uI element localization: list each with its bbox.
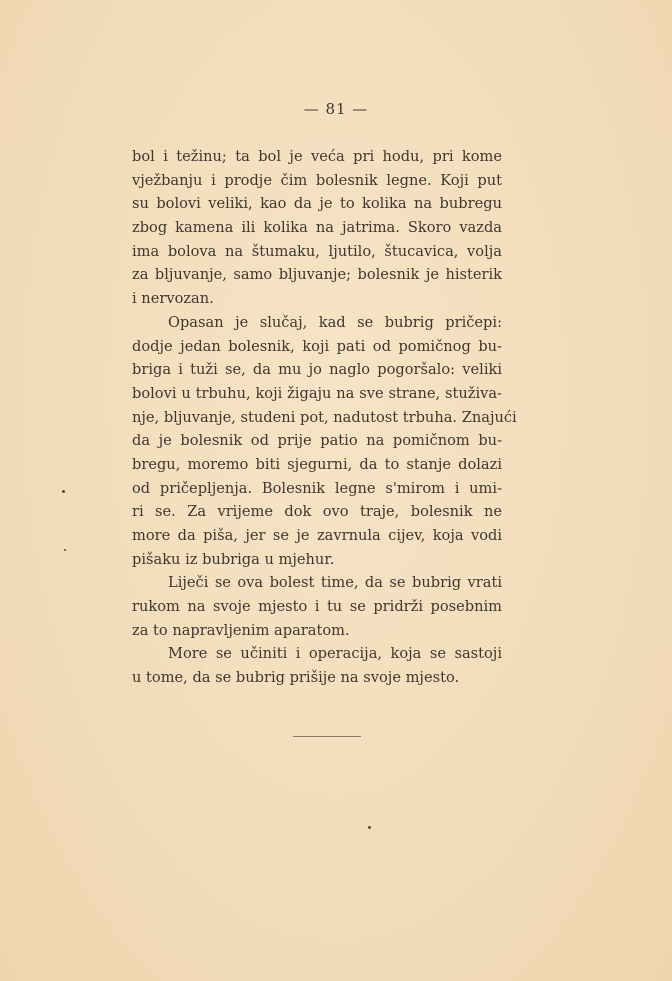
text-line: bol i težinu; ta bol je veća pri hodu, p… [132,145,502,169]
text-line: dodje jedan bolesnik, koji pati od pomič… [132,335,502,359]
text-line: nje, bljuvanje, studeni pot, nadutost tr… [132,406,502,430]
section-divider [293,736,361,737]
text-line: vježbanju i prodje čim bolesnik legne. K… [132,169,502,193]
paper-speck [368,826,371,829]
text-line: More se učiniti i operacija, koja se sas… [132,642,502,666]
text-line: za to napravljenim aparatom. [132,619,502,643]
text-line: briga i tuži se, da mu jo naglo pogoršal… [132,358,502,382]
text-line: ima bolova na štumaku, ljutilo, štucavic… [132,240,502,264]
text-line: i nervozan. [132,287,502,311]
text-line: za bljuvanje, samo bljuvanje; bolesnik j… [132,263,502,287]
text-line: bolovi u trbuhu, koji žigaju na sve stra… [132,382,502,406]
paragraph-3: Liječi se ova bolest time, da se bubrig … [132,571,502,642]
text-line: Opasan je slučaj, kad se bubrig pričepi: [132,311,502,335]
text-line: rukom na svoje mjesto i tu se pridrži po… [132,595,502,619]
text-line: su bolovi veliki, kao da je to kolika na… [132,192,502,216]
text-line: more da piša, jer se je zavrnula cijev, … [132,524,502,548]
text-line: u tome, da se bubrig prišije na svoje mj… [132,666,502,690]
text-line: Liječi se ova bolest time, da se bubrig … [132,571,502,595]
body-text: bol i težinu; ta bol je veća pri hodu, p… [132,145,502,690]
text-line: od pričepljenja. Bolesnik legne s'mirom … [132,477,502,501]
paper-speck [64,549,66,551]
text-line: bregu, moremo biti sjegurni, da to stanj… [132,453,502,477]
text-line: zbog kamena ili kolika na jatrima. Skoro… [132,216,502,240]
paper-speck [62,490,65,493]
paragraph-2: Opasan je slučaj, kad se bubrig pričepi:… [132,311,502,572]
page-number: — 81 — [0,100,672,118]
paragraph-4: More se učiniti i operacija, koja se sas… [132,642,502,689]
text-line: pišaku iz bubriga u mjehur. [132,548,502,572]
text-line: ri se. Za vrijeme dok ovo traje, bolesni… [132,500,502,524]
paragraph-1: bol i težinu; ta bol je veća pri hodu, p… [132,145,502,311]
text-line: da je bolesnik od prije patio na pomično… [132,429,502,453]
